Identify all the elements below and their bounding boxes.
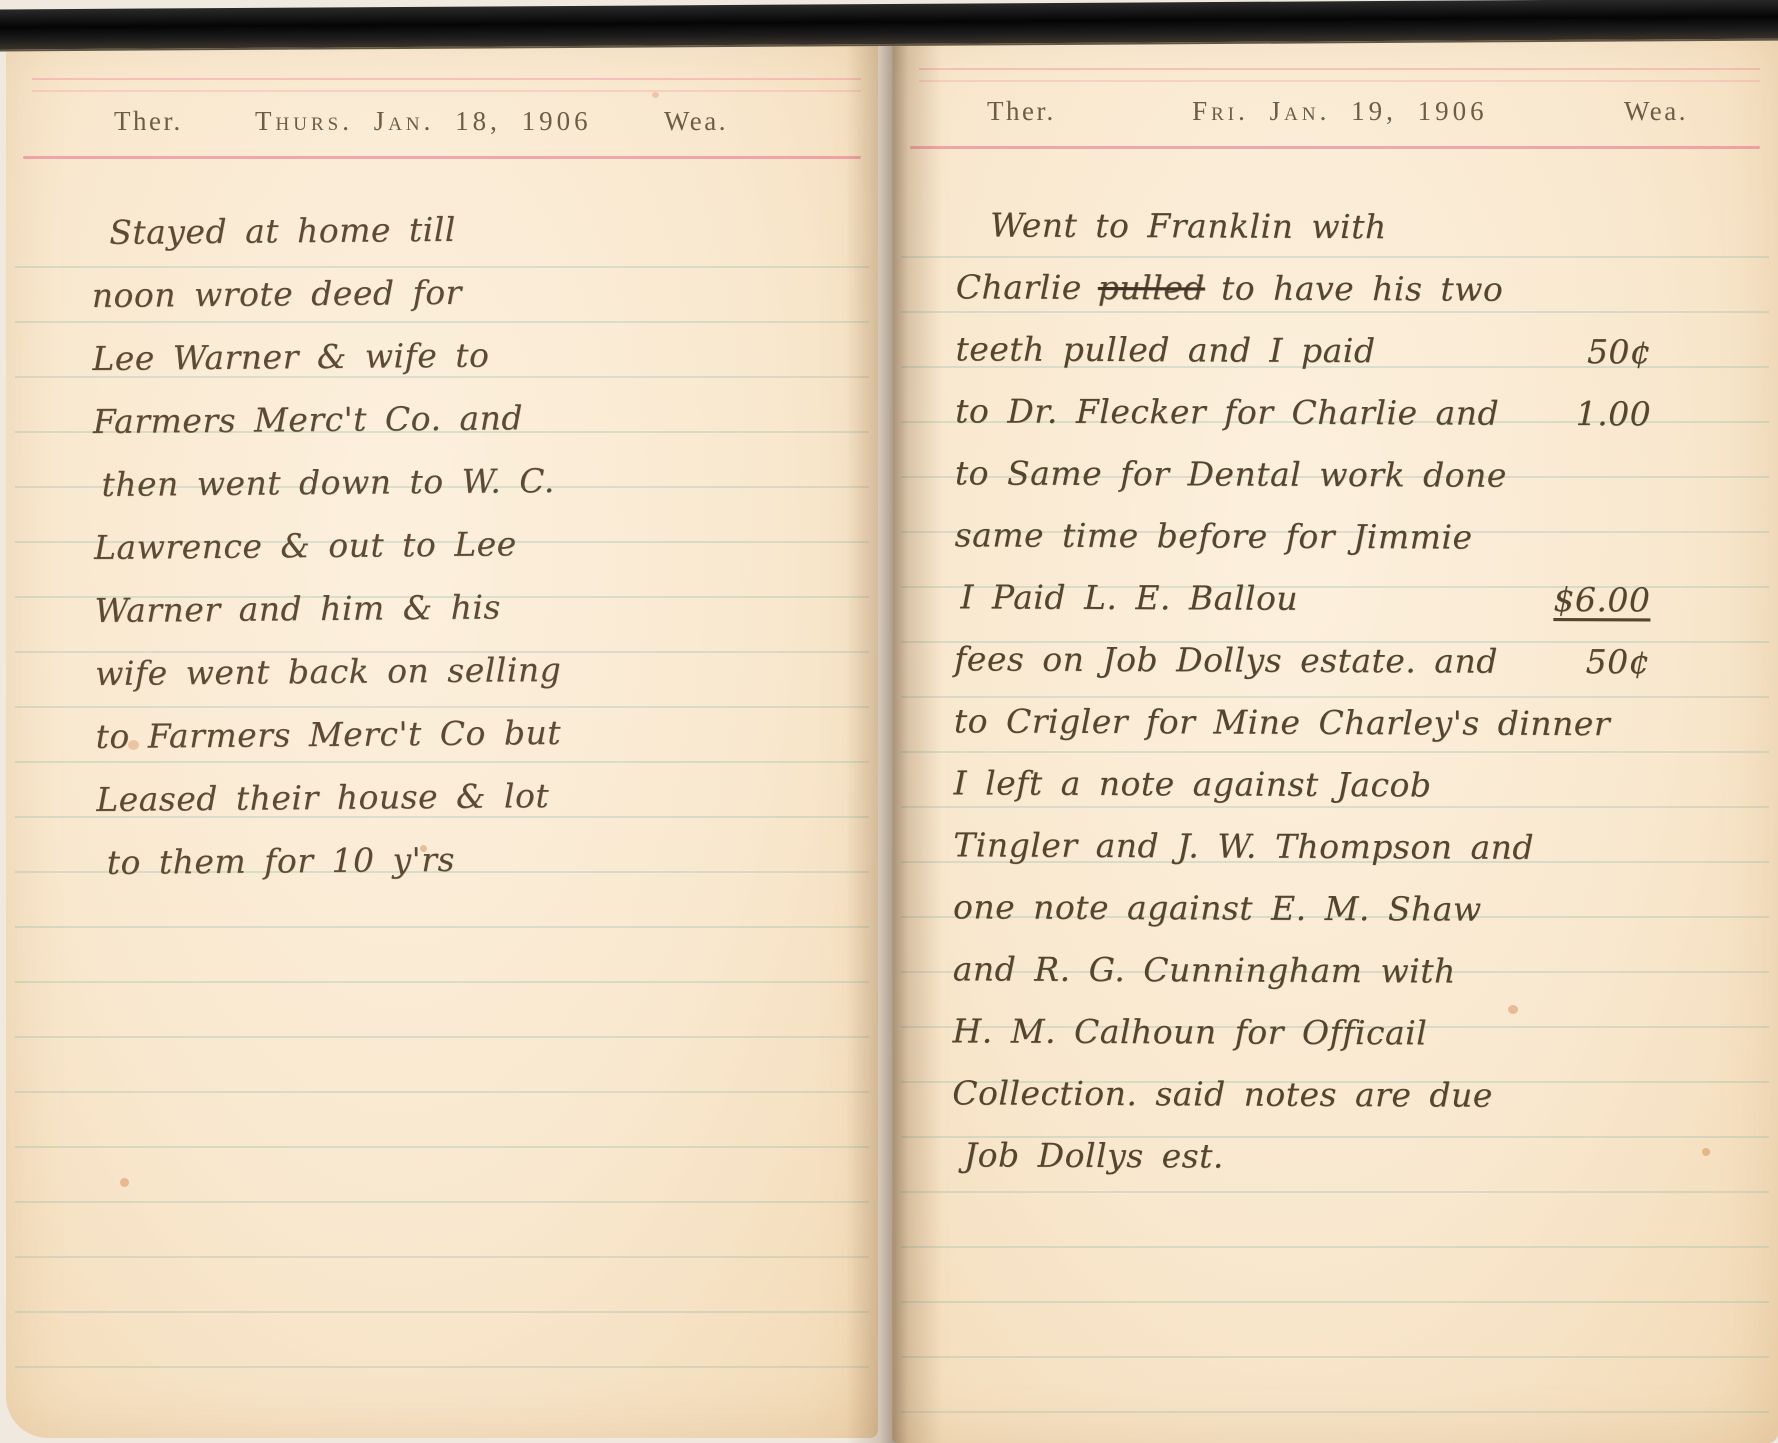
handwritten-line: teeth pulled and I paid 50¢ xyxy=(955,318,1778,384)
handwritten-line: then went down to W. C. xyxy=(101,446,878,516)
handwritten-segment: Charlie xyxy=(956,267,1082,307)
ther-label: Ther. xyxy=(987,96,1056,127)
page-header-left: Ther. Thurs. Jan. 18, 1906 Wea. xyxy=(6,106,878,137)
handwritten-line: to Same for Dental work done xyxy=(955,442,1778,508)
handwritten-entry-left: Stayed at home till noon wrote deed for … xyxy=(3,194,881,895)
diary-page-right: Ther. Fri. Jan. 19, 1906 Wea. Went to Fr… xyxy=(892,28,1778,1443)
handwritten-line: fees on Job Dollys estate. and 50¢ xyxy=(954,628,1778,694)
handwritten-line: to them for 10 y'rs xyxy=(106,824,881,894)
stain xyxy=(652,92,659,98)
handwritten-segment: fees on Job Dollys estate. and xyxy=(954,628,1498,692)
handwritten-line: noon wrote deed for xyxy=(92,257,877,327)
handwritten-line: Charliepulledto have his two xyxy=(956,256,1778,322)
amount-value: 50¢ xyxy=(1585,631,1650,693)
handwritten-line: Went to Franklin with xyxy=(990,194,1778,259)
page-header-right: Ther. Fri. Jan. 19, 1906 Wea. xyxy=(892,96,1778,127)
handwritten-line: Tingler and J. W. Thompson and xyxy=(953,814,1777,880)
handwritten-line: Leased their house & lot xyxy=(96,761,881,831)
amount-value: 50¢ xyxy=(1587,321,1652,383)
pink-top-rule xyxy=(32,78,860,80)
pink-top-rule xyxy=(32,90,860,92)
pink-header-rule xyxy=(910,146,1761,149)
handwritten-line: to Crigler for Mine Charley's dinner xyxy=(954,690,1778,756)
handwritten-line: I left a note against Jacob xyxy=(953,752,1777,818)
date-heading: Thurs. Jan. 18, 1906 xyxy=(183,106,664,137)
handwritten-line: Stayed at home till xyxy=(109,194,876,264)
pink-header-rule xyxy=(23,156,860,159)
wea-label: Wea. xyxy=(1624,96,1688,127)
amount-value: $6.00 xyxy=(1553,569,1650,631)
pink-top-rule xyxy=(919,68,1761,70)
handwritten-entry-right: Went to Franklin with Charliepulledto ha… xyxy=(890,194,1778,1190)
handwritten-line: same time before for Jimmie xyxy=(955,504,1778,570)
handwritten-line: and R. G. Cunningham with xyxy=(953,938,1777,1004)
handwritten-line: to Dr. Flecker for Charlie and 1.00 xyxy=(955,380,1778,446)
ther-label: Ther. xyxy=(114,106,183,137)
handwritten-line: Warner and him & his xyxy=(94,572,879,642)
handwritten-segment: to Dr. Flecker for Charlie and xyxy=(955,380,1499,444)
stain xyxy=(120,1178,129,1187)
handwritten-line: Collection. said notes are due xyxy=(952,1062,1776,1128)
handwritten-segment: teeth pulled and I paid xyxy=(955,318,1375,382)
handwritten-line: to Farmers Merc't Co but xyxy=(95,698,880,768)
pink-top-rule xyxy=(919,80,1761,82)
struck-out-word: pulled xyxy=(1098,268,1205,307)
diary-page-left: Ther. Thurs. Jan. 18, 1906 Wea. Stayed a… xyxy=(6,38,878,1438)
handwritten-line: Lee Warner & wife to xyxy=(92,320,877,390)
stain xyxy=(1508,1005,1518,1014)
handwritten-segment: I Paid L. E. Ballou xyxy=(960,566,1298,629)
handwritten-line: Lawrence & out to Lee xyxy=(94,509,879,579)
stain xyxy=(1702,1148,1710,1156)
diary-scan: Ther. Thurs. Jan. 18, 1906 Wea. Stayed a… xyxy=(0,0,1778,1443)
wea-label: Wea. xyxy=(664,106,728,137)
handwritten-line: one note against E. M. Shaw xyxy=(953,876,1777,942)
handwritten-line: Job Dollys est. xyxy=(964,1124,1776,1190)
handwritten-line: wife went back on selling xyxy=(95,635,880,705)
date-heading: Fri. Jan. 19, 1906 xyxy=(1056,96,1624,127)
stain xyxy=(420,845,427,852)
handwritten-line: Farmers Merc't Co. and xyxy=(93,383,878,453)
stain xyxy=(128,740,139,750)
amount-value: 1.00 xyxy=(1576,383,1652,445)
handwritten-line: H. M. Calhoun for Officail xyxy=(952,1000,1776,1066)
handwritten-segment: to have his two xyxy=(1221,268,1503,308)
handwritten-line: I Paid L. E. Ballou $6.00 xyxy=(960,566,1778,632)
